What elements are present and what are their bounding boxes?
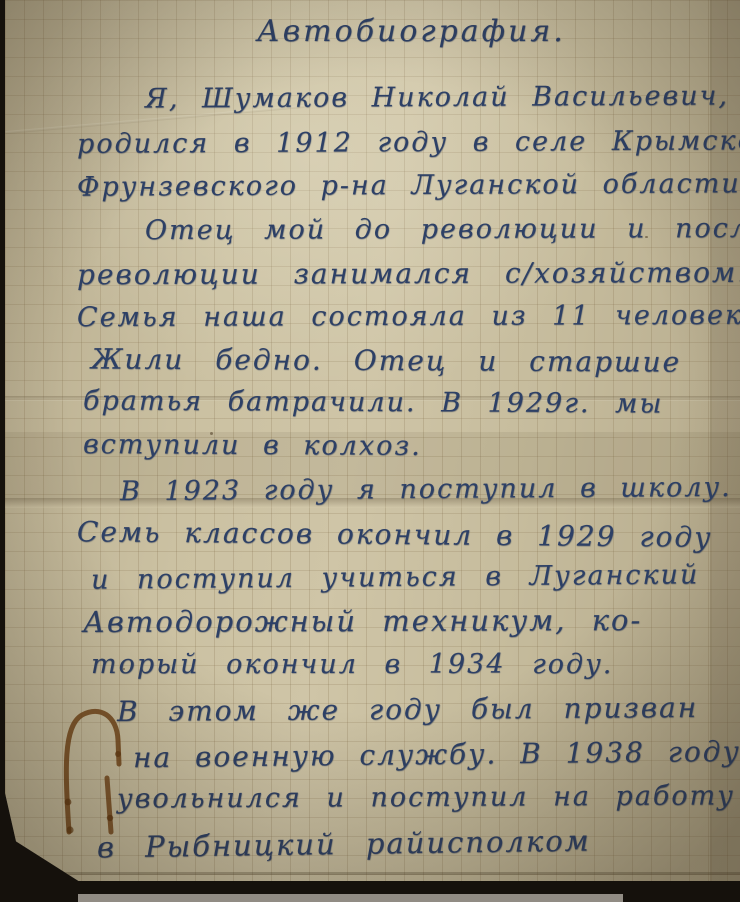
photo-backdrop: Автобиография. Я, Шумаков Николай Василь… xyxy=(0,0,740,902)
handwritten-line: Семь классов окончил в 1929 году xyxy=(77,515,713,554)
handwritten-line: революции занимался с/хозяйством. xyxy=(77,256,740,291)
handwritten-line: Автодорожный техникум, ко- xyxy=(83,603,642,639)
handwritten-line: В этом же году был призван xyxy=(117,691,698,728)
handwritten-line: вступили в колхоз. xyxy=(83,429,422,462)
handwritten-line: Отец мой до революции и после xyxy=(145,213,740,246)
handwritten-line: братья батрачили. В 1929г. мы xyxy=(83,385,664,419)
handwritten-line: на военную службу. В 1938 году xyxy=(133,735,740,774)
handwritten-line: Фрунзевского р-на Луганской области. xyxy=(77,168,740,203)
autobiography-page: Автобиография. Я, Шумаков Николай Василь… xyxy=(5,0,740,881)
handwritten-line: и поступил учиться в Луганский xyxy=(91,559,700,595)
table-surface xyxy=(78,894,623,902)
document-title: Автобиография. xyxy=(257,14,566,49)
handwritten-line: в Рыбницкий райисполком xyxy=(97,824,591,865)
handwritten-line: Семья наша состояла из 11 человек. xyxy=(77,300,740,333)
handwritten-line: В 1923 году я поступил в школу. xyxy=(120,472,732,507)
handwritten-line: торый окончил в 1934 году. xyxy=(91,649,613,680)
handwritten-line: увольнился и поступил на работу xyxy=(117,780,735,814)
handwritten-line: родился в 1912 году в селе Крымском xyxy=(77,125,740,160)
handwritten-line: Я, Шумаков Николай Васильевич, xyxy=(145,80,729,114)
handwritten-line: Жили бедно. Отец и старшие xyxy=(91,342,681,378)
